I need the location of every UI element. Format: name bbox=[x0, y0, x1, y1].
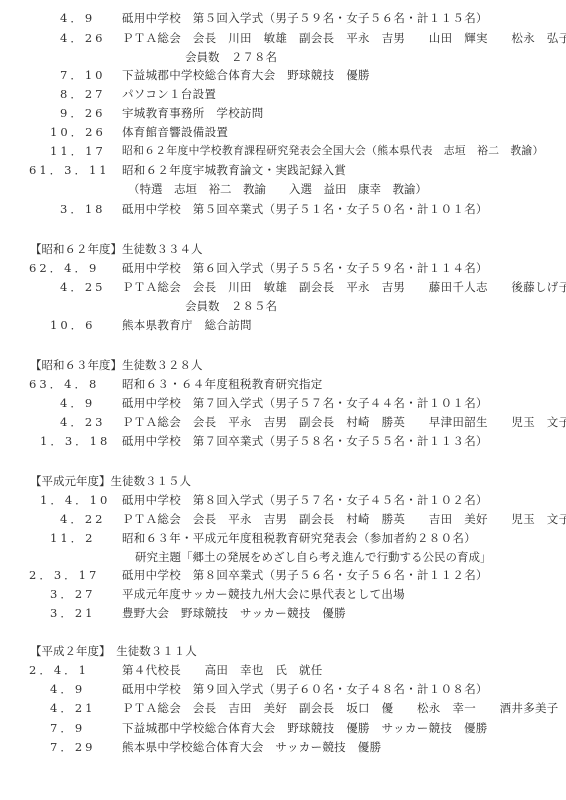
entry-date: 63．4．8 bbox=[29, 375, 99, 393]
entry-text: 下益城郡中学校総合体育大会 野球競技 優勝 bbox=[122, 66, 370, 84]
entry-row: 7．29 熊本県中学校総合体育大会 サッカー競技 優勝 bbox=[0, 738, 566, 756]
entry-continuation: 研究主題「郷土の発展をめざし自ら考え進んで行動する公民の育成」 bbox=[0, 548, 566, 566]
entry-row: 11．17 昭和６２年度中学校教育課程研究発表会全国大会（熊本県代表 志垣 裕二… bbox=[0, 142, 566, 160]
entry-date: 4．26 bbox=[60, 29, 105, 47]
section-heading-showa63: 【昭和６３年度】生徒数３２８人 bbox=[0, 356, 566, 374]
entry-text: 熊本県教育庁 総合訪問 bbox=[122, 316, 252, 334]
entry-row: 3．18 砥用中学校 第５回卒業式（男子５１名・女子５０名・計１０１名） bbox=[0, 200, 566, 218]
entry-date: 4．21 bbox=[50, 699, 95, 717]
entry-date: 4．23 bbox=[60, 413, 105, 431]
entry-date: 4．9 bbox=[60, 9, 95, 27]
entry-text: ＰＴＡ総会 会長 川田 敏雄 副会長 平永 吉男 藤田千人志 後藤しげ子 bbox=[122, 278, 566, 296]
research-theme: 研究主題「郷土の発展をめざし自ら考え進んで行動する公民の育成」 bbox=[135, 548, 492, 566]
entry-text: 体育館音響設備設置 bbox=[122, 123, 228, 141]
entry-row: 61．3．11 昭和６２年度宇城教育論文・実践記録入賞 bbox=[0, 161, 566, 179]
entry-row: 3．27 平成元年度サッカー競技九州大会に県代表として出場 bbox=[0, 585, 566, 603]
entry-row: 11．2 昭和６３年・平成元年度租税教育研究発表会（参加者約２８０名） bbox=[0, 529, 566, 547]
entry-date: 4．9 bbox=[60, 394, 95, 412]
entry-text: 砥用中学校 第８回入学式（男子５７名・女子４５名・計１０２名） bbox=[122, 491, 488, 509]
entry-date: 2．4．1 bbox=[29, 661, 89, 679]
entry-text: 砥用中学校 第７回入学式（男子５７名・女子４４名・計１０１名） bbox=[122, 394, 488, 412]
entry-date: 9．26 bbox=[60, 104, 105, 122]
entry-row: 4．22 ＰＴＡ総会 会長 平永 吉男 副会長 村崎 勝英 吉田 美好 児玉 文… bbox=[0, 510, 566, 528]
entry-text: パソコン１台設置 bbox=[122, 85, 216, 103]
entry-date: 62．4．9 bbox=[29, 259, 99, 277]
entry-text: 熊本県中学校総合体育大会 サッカー競技 優勝 bbox=[122, 738, 381, 756]
entry-text: 会員数 ２８５名 bbox=[185, 297, 277, 315]
section-heading: 【昭和６３年度】生徒数３２８人 bbox=[30, 356, 203, 374]
entry-text: ＰＴＡ総会 会長 吉田 美好 副会長 坂口 優 松永 幸一 酒井多美子 bbox=[122, 699, 559, 717]
entry-text: （特選 志垣 裕二 教諭 入選 益田 康幸 教諭） bbox=[128, 180, 427, 198]
entry-row: 4．9 砥用中学校 第５回入学式（男子５９名・女子５６名・計１１５名） bbox=[0, 9, 566, 27]
entry-date: 11．17 bbox=[50, 142, 106, 160]
entry-text: 砥用中学校 第７回卒業式（男子５８名・女子５５名・計１１３名） bbox=[122, 432, 488, 450]
entry-text: ＰＴＡ総会 会長 平永 吉男 副会長 村崎 勝英 吉田 美好 児玉 文子 bbox=[122, 510, 566, 528]
section-heading-showa62: 【昭和６２年度】生徒数３３４人 bbox=[0, 240, 566, 258]
entry-date: 4．9 bbox=[50, 680, 85, 698]
entry-date: 8．27 bbox=[60, 85, 105, 103]
entry-row: 9．26 宇城教育事務所 学校訪問 bbox=[0, 104, 566, 122]
entry-row: 62．4．9 砥用中学校 第６回入学式（男子５５名・女子５９名・計１１４名） bbox=[0, 259, 566, 277]
entry-row: 10．26 体育館音響設備設置 bbox=[0, 123, 566, 141]
entry-date: 1．3．18 bbox=[40, 432, 110, 450]
entry-text: 会員数 ２７８名 bbox=[185, 48, 277, 66]
entry-row: 10．6 熊本県教育庁 総合訪問 bbox=[0, 316, 566, 334]
entry-date: 4．22 bbox=[60, 510, 105, 528]
entry-text: 砥用中学校 第５回入学式（男子５９名・女子５６名・計１１５名） bbox=[122, 9, 488, 27]
entry-text: 豊野大会 野球競技 サッカー競技 優勝 bbox=[122, 604, 346, 622]
entry-row: 4．9 砥用中学校 第９回入学式（男子６０名・女子４８名・計１０８名） bbox=[0, 680, 566, 698]
section-heading-heisei1: 【平成元年度】生徒数３１５人 bbox=[0, 472, 566, 490]
entry-text: 第４代校長 高田 幸也 氏 就任 bbox=[122, 661, 323, 679]
section-heading: 【平成２年度】 生徒数３１１人 bbox=[30, 642, 197, 660]
entry-text: 砥用中学校 第８回卒業式（男子５６名・女子５６名・計１１２名） bbox=[122, 566, 488, 584]
entry-row: 63．4．8 昭和６３・６４年度租税教育研究指定 bbox=[0, 375, 566, 393]
entry-row: 2．3．17 砥用中学校 第８回卒業式（男子５６名・女子５６名・計１１２名） bbox=[0, 566, 566, 584]
entry-date: 3．21 bbox=[50, 604, 95, 622]
section-heading-heisei2: 【平成２年度】 生徒数３１１人 bbox=[0, 642, 566, 660]
entry-date: 3．27 bbox=[50, 585, 95, 603]
entry-continuation: （特選 志垣 裕二 教諭 入選 益田 康幸 教諭） bbox=[0, 180, 566, 198]
entry-date: 2．3．17 bbox=[29, 566, 99, 584]
entry-text: ＰＴＡ総会 会長 川田 敏雄 副会長 平永 吉男 山田 輝実 松永 弘子 bbox=[122, 29, 566, 47]
entry-date: 7．9 bbox=[50, 719, 85, 737]
entry-row: 1．3．18 砥用中学校 第７回卒業式（男子５８名・女子５５名・計１１３名） bbox=[0, 432, 566, 450]
entry-row: 7．10 下益城郡中学校総合体育大会 野球競技 優勝 bbox=[0, 66, 566, 84]
entry-row: 4．26 ＰＴＡ総会 会長 川田 敏雄 副会長 平永 吉男 山田 輝実 松永 弘… bbox=[0, 29, 566, 47]
entry-text: 昭和６２年度宇城教育論文・実践記録入賞 bbox=[122, 161, 346, 179]
entry-row: 4．21 ＰＴＡ総会 会長 吉田 美好 副会長 坂口 優 松永 幸一 酒井多美子 bbox=[0, 699, 566, 717]
entry-date: 10．26 bbox=[50, 123, 106, 141]
entry-text: 砥用中学校 第５回卒業式（男子５１名・女子５０名・計１０１名） bbox=[122, 200, 488, 218]
entry-date: 3．18 bbox=[60, 200, 105, 218]
entry-row: 4．9 砥用中学校 第７回入学式（男子５７名・女子４４名・計１０１名） bbox=[0, 394, 566, 412]
entry-text: 下益城郡中学校総合体育大会 野球競技 優勝 サッカー競技 優勝 bbox=[122, 719, 488, 737]
section-heading: 【平成元年度】生徒数３１５人 bbox=[30, 472, 191, 490]
entry-text: 砥用中学校 第６回入学式（男子５５名・女子５９名・計１１４名） bbox=[122, 259, 488, 277]
entry-row: 4．23 ＰＴＡ総会 会長 平永 吉男 副会長 村崎 勝英 早津田韶生 児玉 文… bbox=[0, 413, 566, 431]
entry-text: 昭和６３年・平成元年度租税教育研究発表会（参加者約２８０名） bbox=[122, 529, 476, 547]
entry-text: 砥用中学校 第９回入学式（男子６０名・女子４８名・計１０８名） bbox=[122, 680, 488, 698]
entry-continuation: 会員数 ２８５名 bbox=[0, 297, 566, 315]
entry-text: 昭和６３・６４年度租税教育研究指定 bbox=[122, 375, 323, 393]
entry-date: 11．2 bbox=[50, 529, 95, 547]
entry-date: 7．10 bbox=[60, 66, 105, 84]
entry-continuation: 会員数 ２７８名 bbox=[0, 48, 566, 66]
entry-row: 2．4．1 第４代校長 高田 幸也 氏 就任 bbox=[0, 661, 566, 679]
entry-text: 宇城教育事務所 学校訪問 bbox=[122, 104, 264, 122]
entry-text: ＰＴＡ総会 会長 平永 吉男 副会長 村崎 勝英 早津田韶生 児玉 文子 bbox=[122, 413, 566, 431]
entry-text: 平成元年度サッカー競技九州大会に県代表として出場 bbox=[122, 585, 405, 603]
entry-row: 8．27 パソコン１台設置 bbox=[0, 85, 566, 103]
entry-row: 4．25 ＰＴＡ総会 会長 川田 敏雄 副会長 平永 吉男 藤田千人志 後藤しげ… bbox=[0, 278, 566, 296]
entry-row: 3．21 豊野大会 野球競技 サッカー競技 優勝 bbox=[0, 604, 566, 622]
entry-text: 昭和６２年度中学校教育課程研究発表会全国大会（熊本県代表 志垣 裕二 教諭） bbox=[122, 142, 544, 160]
entry-date: 61．3．11 bbox=[29, 161, 110, 179]
entry-row: 1．4．10 砥用中学校 第８回入学式（男子５７名・女子４５名・計１０２名） bbox=[0, 491, 566, 509]
entry-date: 4．25 bbox=[60, 278, 105, 296]
entry-date: 10．6 bbox=[50, 316, 95, 334]
entry-row: 7．9 下益城郡中学校総合体育大会 野球競技 優勝 サッカー競技 優勝 bbox=[0, 719, 566, 737]
entry-date: 7．29 bbox=[50, 738, 95, 756]
entry-date: 1．4．10 bbox=[40, 491, 110, 509]
section-heading: 【昭和６２年度】生徒数３３４人 bbox=[30, 240, 203, 258]
